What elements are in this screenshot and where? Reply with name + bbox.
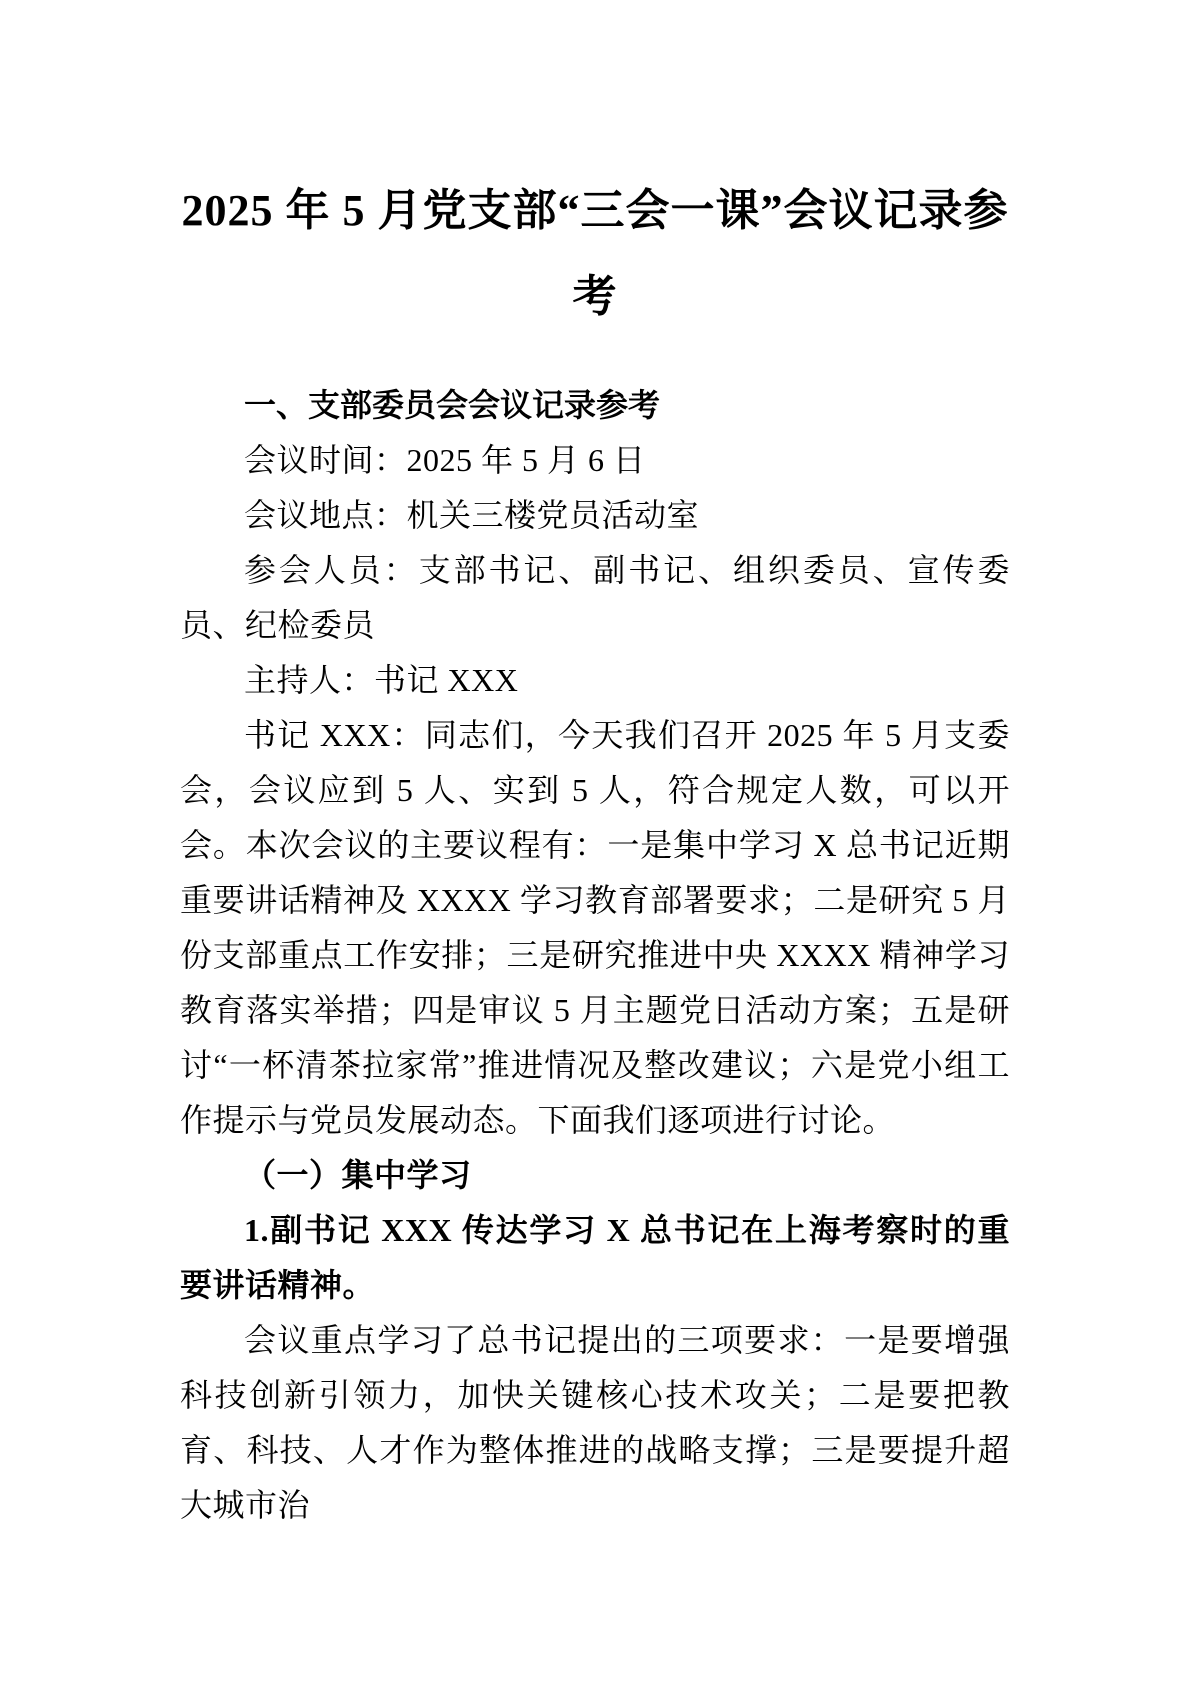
document-page: 2025 年 5 月党支部“三会一课”会议记录参考 一、支部委员会会议记录参考 …: [0, 0, 1190, 1683]
agenda-point-heading: 1.副书记 XXX 传达学习 X 总书记在上海考察时的重要讲话精神。: [180, 1203, 1010, 1313]
meeting-location-line: 会议地点：机关三楼党员活动室: [180, 488, 1010, 543]
host-line: 主持人：书记 XXX: [180, 653, 1010, 708]
attendees-line: 参会人员：支部书记、副书记、组织委员、宣传委员、纪检委员: [180, 543, 1010, 653]
meeting-time-line: 会议时间：2025 年 5 月 6 日: [180, 433, 1010, 488]
sub-section-heading: （一）集中学习: [180, 1148, 1010, 1203]
document-title: 2025 年 5 月党支部“三会一课”会议记录参考: [180, 168, 1010, 340]
study-content-paragraph: 会议重点学习了总书记提出的三项要求：一是要增强科技创新引领力，加快关键核心技术攻…: [180, 1313, 1010, 1533]
section-heading: 一、支部委员会会议记录参考: [180, 378, 1010, 433]
host-speech-paragraph: 书记 XXX：同志们，今天我们召开 2025 年 5 月支委会，会议应到 5 人…: [180, 708, 1010, 1148]
